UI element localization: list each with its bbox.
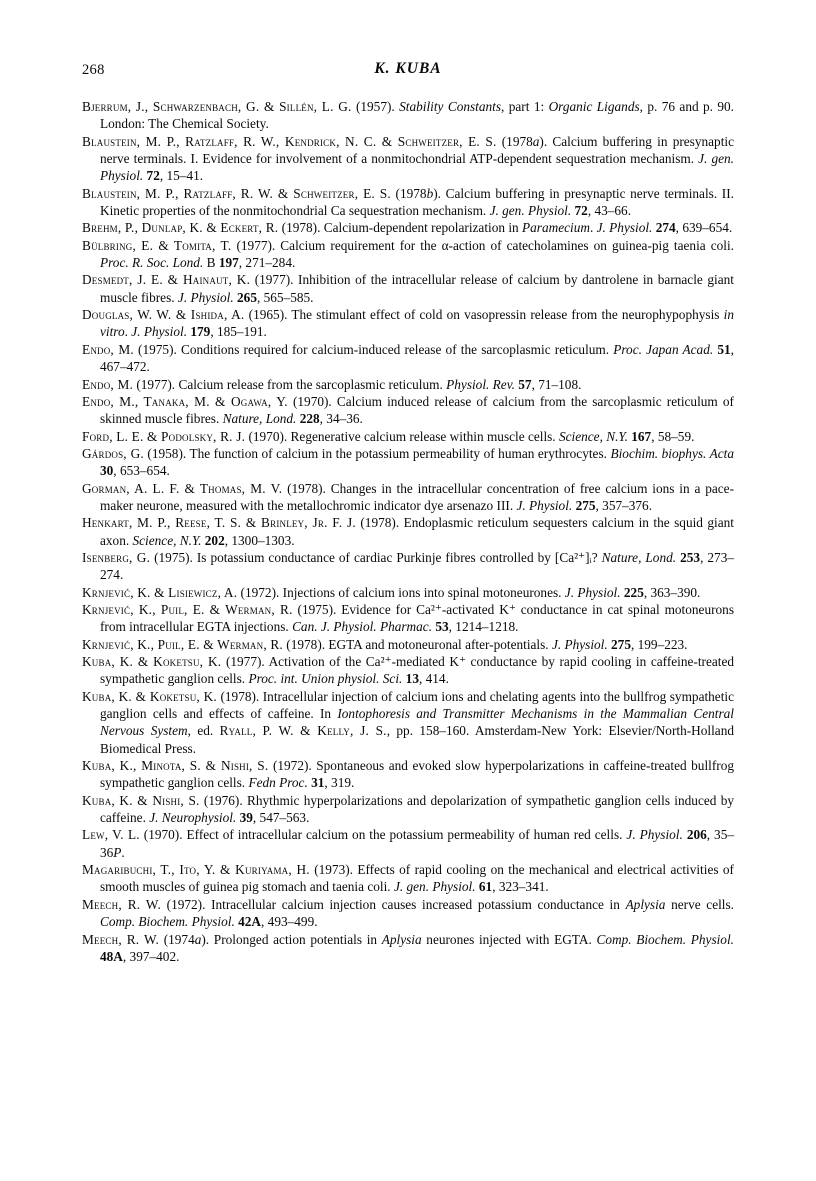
reference-segment: Kuba, K. & Nishi, S. bbox=[82, 793, 200, 808]
reference-segment: , 58–59. bbox=[651, 429, 694, 444]
reference-list: Bjerrum, J., Schwarzenbach, G. & Sillén,… bbox=[82, 98, 734, 965]
reference-segment: (1977). Calcium release from the sarcopl… bbox=[133, 377, 446, 392]
reference-segment: Comp. Biochem. Physiol. bbox=[100, 914, 235, 929]
reference-segment: (1978). EGTA and motoneuronal after-pote… bbox=[283, 637, 552, 652]
reference-segment: Desmedt, J. E. & Hainaut, K. bbox=[82, 272, 250, 287]
reference-segment: Endo, M., Tanaka, M. & Ogawa, Y. bbox=[82, 394, 288, 409]
reference-segment: J. Physiol. bbox=[552, 637, 608, 652]
reference-segment: , 639–654. bbox=[676, 220, 733, 235]
reference-segment: Endo, M. bbox=[82, 377, 133, 392]
reference-segment: 275 bbox=[576, 498, 596, 513]
reference-segment: neurones injected with EGTA. bbox=[422, 932, 597, 947]
reference-segment: J. gen. Physiol. bbox=[394, 879, 476, 894]
reference-segment: 39 bbox=[240, 810, 253, 825]
reference-segment: Nature, Lond. bbox=[223, 411, 297, 426]
reference-segment: 228 bbox=[300, 411, 320, 426]
reference-segment: , 493–499. bbox=[261, 914, 318, 929]
reference-segment: , 271–284. bbox=[239, 255, 296, 270]
reference-entry: Kuba, K. & Koketsu, K. (1978). Intracell… bbox=[82, 688, 734, 757]
reference-segment: B bbox=[203, 255, 219, 270]
reference-entry: Douglas, W. W. & Ishida, A. (1965). The … bbox=[82, 306, 734, 341]
reference-segment: (1972). Intracellular calcium injection … bbox=[161, 897, 626, 912]
reference-entry: Henkart, M. P., Reese, T. S. & Brinley, … bbox=[82, 514, 734, 549]
reference-entry: Lew, V. L. (1970). Effect of intracellul… bbox=[82, 826, 734, 861]
reference-entry: Gárdos, G. (1958). The function of calci… bbox=[82, 445, 734, 480]
reference-segment: 275 bbox=[611, 637, 631, 652]
reference-segment: 253 bbox=[680, 550, 700, 565]
reference-entry: Meech, R. W. (1974a). Prolonged action p… bbox=[82, 931, 734, 966]
document-page: 268 K. KUBA Bjerrum, J., Schwarzenbach, … bbox=[0, 0, 816, 1181]
reference-segment: 53 bbox=[435, 619, 448, 634]
reference-segment: , 34–36. bbox=[320, 411, 363, 426]
reference-segment: J. Neurophysiol. bbox=[149, 810, 236, 825]
reference-entry: Blaustein, M. P., Ratzlaff, R. W., Kendr… bbox=[82, 133, 734, 185]
reference-segment: , 357–376. bbox=[596, 498, 653, 513]
reference-entry: Kuba, K., Minota, S. & Nishi, S. (1972).… bbox=[82, 757, 734, 792]
reference-segment: (1977). Calcium requirement for the α-ac… bbox=[231, 238, 734, 253]
reference-segment: Proc. Japan Acad. bbox=[613, 342, 713, 357]
reference-segment: ). Prolonged action potentials in bbox=[201, 932, 381, 947]
reference-entry: Isenberg, G. (1975). Is potassium conduc… bbox=[82, 549, 734, 584]
reference-segment: 57 bbox=[518, 377, 531, 392]
reference-segment: Comp. Biochem. Physiol. bbox=[596, 932, 734, 947]
reference-segment: Isenberg, G. bbox=[82, 550, 150, 565]
reference-segment: J. Physiol. bbox=[516, 498, 572, 513]
reference-segment: J. Physiol. bbox=[131, 324, 187, 339]
reference-segment: , 414. bbox=[419, 671, 449, 686]
reference-segment: Proc. R. Soc. Lond. bbox=[100, 255, 203, 270]
reference-segment: (1957). bbox=[352, 99, 400, 114]
reference-segment: (1958). The function of calcium in the p… bbox=[144, 446, 611, 461]
reference-segment: Krnjević, K. & Lisiewicz, A. bbox=[82, 585, 237, 600]
reference-segment: Physiol. Rev. bbox=[446, 377, 515, 392]
reference-segment: 179 bbox=[190, 324, 210, 339]
reference-segment: , 319. bbox=[324, 775, 354, 790]
reference-segment: Aplysia bbox=[382, 932, 422, 947]
reference-segment: . bbox=[121, 845, 124, 860]
reference-segment: , 71–108. bbox=[532, 377, 582, 392]
reference-segment: (1972). Injections of calcium ions into … bbox=[237, 585, 565, 600]
reference-segment: Proc. int. Union physiol. Sci. bbox=[248, 671, 402, 686]
reference-entry: Blaustein, M. P., Ratzlaff, R. W. & Schw… bbox=[82, 185, 734, 220]
reference-entry: Krnjević, K. & Lisiewicz, A. (1972). Inj… bbox=[82, 584, 734, 601]
reference-segment: Bülbring, E. & Tomita, T. bbox=[82, 238, 231, 253]
reference-segment: Aplysia bbox=[626, 897, 666, 912]
reference-segment: 167 bbox=[631, 429, 651, 444]
reference-segment: , 185–191. bbox=[210, 324, 267, 339]
reference-entry: Bjerrum, J., Schwarzenbach, G. & Sillén,… bbox=[82, 98, 734, 133]
reference-segment: (1978). Calcium-dependent repolarization… bbox=[278, 220, 522, 235]
reference-entry: Endo, M. (1975). Conditions required for… bbox=[82, 341, 734, 376]
reference-entry: Ford, L. E. & Podolsky, R. J. (1970). Re… bbox=[82, 428, 734, 445]
reference-segment: Paramecium bbox=[522, 220, 590, 235]
reference-segment: , part 1: bbox=[501, 99, 549, 114]
reference-segment: Science, N.Y. bbox=[133, 533, 202, 548]
reference-segment: 206 bbox=[687, 827, 707, 842]
reference-segment: (1965). The stimulant effect of cold on … bbox=[244, 307, 723, 322]
reference-segment: Blaustein, M. P., Ratzlaff, R. W., Kendr… bbox=[82, 134, 497, 149]
reference-entry: Magaribuchi, T., Ito, Y. & Kuriyama, H. … bbox=[82, 861, 734, 896]
reference-segment: 225 bbox=[624, 585, 644, 600]
reference-segment: (1970). Regenerative calcium release wit… bbox=[245, 429, 559, 444]
reference-segment: Krnjević, K., Puil, E. & Werman, R. bbox=[82, 637, 283, 652]
page-header: 268 K. KUBA bbox=[82, 60, 734, 82]
reference-segment: 13 bbox=[406, 671, 419, 686]
reference-segment: Ford, L. E. & Podolsky, R. J. bbox=[82, 429, 245, 444]
reference-segment: Fedn Proc. bbox=[248, 775, 307, 790]
reference-segment: , 653–654. bbox=[113, 463, 170, 478]
reference-segment: , 15–41. bbox=[160, 168, 203, 183]
reference-segment: Nature, Lond. bbox=[602, 550, 676, 565]
reference-segment: , 397–402. bbox=[123, 949, 180, 964]
reference-segment: , 363–390. bbox=[644, 585, 701, 600]
reference-entry: Bülbring, E. & Tomita, T. (1977). Calciu… bbox=[82, 237, 734, 272]
reference-entry: Meech, R. W. (1972). Intracellular calci… bbox=[82, 896, 734, 931]
reference-segment: Science, N.Y. bbox=[559, 429, 628, 444]
reference-segment: , 1300–1303. bbox=[225, 533, 295, 548]
reference-entry: Endo, M. (1977). Calcium release from th… bbox=[82, 376, 734, 393]
reference-segment: , 565–585. bbox=[257, 290, 314, 305]
reference-segment: Biochim. biophys. Acta bbox=[610, 446, 734, 461]
reference-entry: Brehm, P., Dunlap, K. & Eckert, R. (1978… bbox=[82, 219, 734, 236]
reference-entry: Kuba, K. & Nishi, S. (1976). Rhythmic hy… bbox=[82, 792, 734, 827]
reference-segment: Ryall, P. W. & Kelly, J. S. bbox=[220, 723, 387, 738]
reference-segment: (1975). Conditions required for calcium-… bbox=[134, 342, 613, 357]
reference-segment: 61 bbox=[479, 879, 492, 894]
reference-segment: . bbox=[590, 220, 597, 235]
reference-entry: Gorman, A. L. F. & Thomas, M. V. (1978).… bbox=[82, 480, 734, 515]
reference-segment: Gorman, A. L. F. & Thomas, M. V. bbox=[82, 481, 282, 496]
reference-segment: Gárdos, G. bbox=[82, 446, 144, 461]
reference-segment: Brehm, P., Dunlap, K. & Eckert, R. bbox=[82, 220, 278, 235]
reference-segment: 197 bbox=[219, 255, 239, 270]
reference-segment: Kuba, K., Minota, S. & Nishi, S. bbox=[82, 758, 268, 773]
reference-segment: J. Physiol. bbox=[597, 220, 653, 235]
reference-segment: Blaustein, M. P., Ratzlaff, R. W. & Schw… bbox=[82, 186, 391, 201]
reference-segment: Henkart, M. P., Reese, T. S. & Brinley, … bbox=[82, 515, 356, 530]
running-head: K. KUBA bbox=[82, 60, 734, 78]
reference-segment: Organic Ligands bbox=[549, 99, 640, 114]
reference-segment: 51 bbox=[717, 342, 730, 357]
reference-segment: 72 bbox=[147, 168, 160, 183]
reference-segment: 42A bbox=[238, 914, 261, 929]
reference-segment: 48A bbox=[100, 949, 123, 964]
reference-segment: Lew, V. L. bbox=[82, 827, 140, 842]
reference-segment: 265 bbox=[237, 290, 257, 305]
reference-segment: Kuba, K. & Koketsu, K. bbox=[82, 689, 217, 704]
reference-segment: J. Physiol. bbox=[565, 585, 621, 600]
reference-segment: , 547–563. bbox=[253, 810, 310, 825]
reference-entry: Endo, M., Tanaka, M. & Ogawa, Y. (1970).… bbox=[82, 393, 734, 428]
reference-segment: 202 bbox=[205, 533, 225, 548]
reference-segment: J. Physiol. bbox=[626, 827, 682, 842]
reference-segment: (1978 bbox=[497, 134, 533, 149]
reference-segment: 31 bbox=[311, 775, 324, 790]
reference-entry: Kuba, K. & Koketsu, K. (1977). Activatio… bbox=[82, 653, 734, 688]
reference-entry: Krnjević, K., Puil, E. & Werman, R. (197… bbox=[82, 601, 734, 636]
reference-segment: Meech, R. W. bbox=[82, 897, 161, 912]
reference-segment: (1975). Is potassium conductance of card… bbox=[150, 550, 602, 565]
reference-segment: (1974 bbox=[159, 932, 195, 947]
reference-segment: Magaribuchi, T., Ito, Y. & Kuriyama, H. bbox=[82, 862, 310, 877]
reference-segment: 30 bbox=[100, 463, 113, 478]
reference-segment: Endo, M. bbox=[82, 342, 134, 357]
reference-segment: , 1214–1218. bbox=[449, 619, 519, 634]
reference-entry: Krnjević, K., Puil, E. & Werman, R. (197… bbox=[82, 636, 734, 653]
reference-segment: Douglas, W. W. & Ishida, A. bbox=[82, 307, 244, 322]
reference-segment: J. Physiol. bbox=[178, 290, 234, 305]
reference-segment: , ed. bbox=[188, 723, 220, 738]
reference-segment: , 43–66. bbox=[588, 203, 631, 218]
reference-segment: Meech, R. W. bbox=[82, 932, 159, 947]
reference-segment: (1970). Effect of intracellular calcium … bbox=[140, 827, 627, 842]
reference-segment: (1978 bbox=[391, 186, 427, 201]
reference-segment: Can. J. Physiol. Pharmac. bbox=[292, 619, 432, 634]
reference-segment: nerve cells. bbox=[665, 897, 734, 912]
reference-segment: , 323–341. bbox=[492, 879, 549, 894]
reference-segment: Bjerrum, J., Schwarzenbach, G. & Sillén,… bbox=[82, 99, 352, 114]
reference-entry: Desmedt, J. E. & Hainaut, K. (1977). Inh… bbox=[82, 271, 734, 306]
reference-segment: J. gen. Physiol. bbox=[490, 203, 572, 218]
reference-segment: Kuba, K. & Koketsu, K. bbox=[82, 654, 221, 669]
reference-segment: Krnjević, K., Puil, E. & Werman, R. bbox=[82, 602, 293, 617]
reference-segment: 274 bbox=[656, 220, 676, 235]
reference-segment: , 199–223. bbox=[631, 637, 688, 652]
reference-segment: 72 bbox=[575, 203, 588, 218]
reference-segment: Stability Constants bbox=[399, 99, 501, 114]
